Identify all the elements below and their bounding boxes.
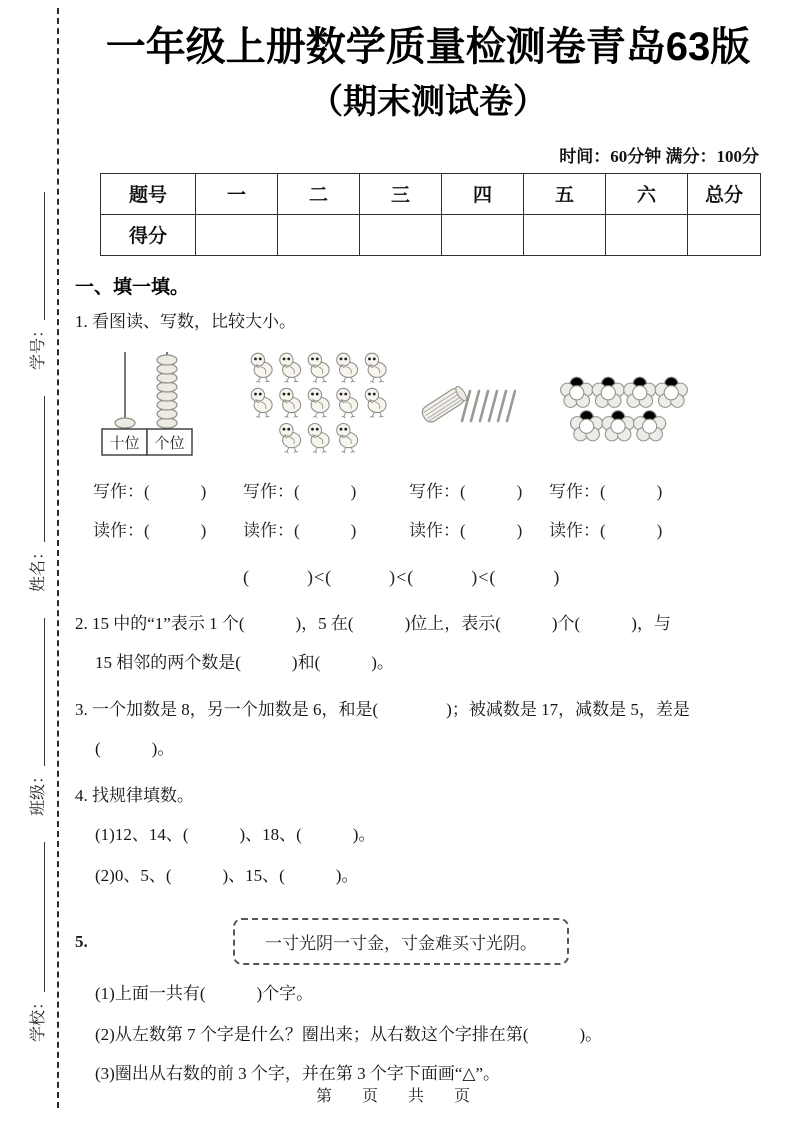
- question-2-line2: 15 相邻的两个数是( )和( )。: [75, 652, 781, 675]
- question-4-text: 4. 找规律填数。: [75, 785, 781, 808]
- abacus-image: 十位 个位: [98, 347, 194, 459]
- class-label: 班级：: [25, 768, 48, 816]
- binding-dashed-line: [57, 8, 59, 1108]
- score-header-total: 总分: [688, 173, 761, 214]
- student-number-blank-line: [44, 192, 45, 320]
- score-header-timu: 题号: [101, 173, 196, 214]
- score-table-score-row: 得分: [101, 214, 761, 255]
- exam-title: 一年级上册数学质量检测卷青岛63版: [75, 21, 781, 73]
- sidebar-field-class: 班级：: [25, 618, 48, 816]
- abacus-tens-label: 十位: [109, 435, 139, 452]
- score-header-6: 六: [606, 173, 688, 214]
- write-number-blank: 写作：( ): [93, 477, 243, 502]
- score-header-4: 四: [442, 173, 524, 214]
- question-5-number: 5.: [75, 932, 99, 952]
- read-number-blank: 读作：( ): [243, 516, 409, 541]
- school-blank-line: [44, 842, 45, 992]
- question-2-line1: 2. 15 中的“1”表示 1 个( )，5 在( )位上，表示( )个( )，…: [75, 613, 781, 636]
- school-label: 学校：: [25, 994, 48, 1042]
- score-table-header-row: 题号 一 二 三 四 五 六 总分: [101, 173, 761, 214]
- class-blank-line: [44, 618, 45, 766]
- score-row-label: 得分: [101, 214, 196, 255]
- score-cell: [606, 214, 688, 255]
- question-5-proverb-box: 一寸光阴一寸金，寸金难买寸光阴。: [233, 918, 569, 965]
- sidebar-field-name: 姓名：: [25, 396, 48, 592]
- question-3-line1: 3. 一个加数是 8，另一个加数是 6，和是( )；被减数是 17，减数是 5，…: [75, 699, 781, 722]
- write-number-blank: 写作：( ): [409, 477, 549, 502]
- exam-content: 一年级上册数学质量检测卷青岛63版 （期末测试卷） 时间：60分钟 满分：100…: [75, 15, 781, 1086]
- write-number-blank: 写作：( ): [243, 477, 409, 502]
- exam-subtitle: （期末测试卷）: [75, 81, 781, 124]
- chicks-image: [246, 347, 398, 461]
- compare-blanks: ( )<( )<( )<( ): [75, 563, 781, 589]
- question-4-sub1: (1)12、14、( )、18、( )。: [75, 824, 781, 847]
- score-cell: [688, 214, 761, 255]
- page-footer: 第 页 共 页: [0, 1083, 793, 1106]
- score-cell: [278, 214, 360, 255]
- sticks-image: [416, 375, 516, 437]
- sidebar-field-school: 学校：: [25, 842, 48, 1042]
- section-one-heading: 一、填一填。: [75, 272, 781, 299]
- question-3-line2: ( )。: [75, 738, 781, 761]
- read-number-blank: 读作：( ): [409, 516, 549, 541]
- question-1-text: 1. 看图读、写数，比较大小。: [75, 311, 781, 334]
- score-header-1: 一: [196, 173, 278, 214]
- read-number-blank: 读作：( ): [549, 516, 699, 541]
- score-header-3: 三: [360, 173, 442, 214]
- abacus-ones-label: 个位: [154, 435, 184, 452]
- question-5-sub1: (1)上面一共有( )个字。: [75, 983, 781, 1006]
- chick-group: [251, 354, 386, 454]
- score-header-2: 二: [278, 173, 360, 214]
- question-5-row: 5. 一寸光阴一寸金，寸金难买寸光阴。: [75, 918, 781, 965]
- score-cell: [442, 214, 524, 255]
- flower-group: [561, 378, 688, 442]
- loose-sticks: [462, 391, 515, 421]
- write-number-row: 写作：( ) 写作：( ) 写作：( ) 写作：( ): [75, 477, 781, 502]
- time-score-info: 时间：60分钟 满分：100分: [75, 142, 781, 167]
- exam-page: 学校： 班级： 姓名： 学号： 一年级上册数学质量检测卷青岛63版 （期末测试卷…: [0, 0, 793, 1122]
- score-cell: [360, 214, 442, 255]
- name-label: 姓名：: [25, 544, 48, 592]
- student-info-sidebar: 学校： 班级： 姓名： 学号：: [14, 77, 48, 1042]
- read-number-blank: 读作：( ): [93, 516, 243, 541]
- question-4-sub2: (2)0、5、( )、15、( )。: [75, 865, 781, 888]
- score-cell: [196, 214, 278, 255]
- score-header-5: 五: [524, 173, 606, 214]
- score-cell: [524, 214, 606, 255]
- name-blank-line: [44, 396, 45, 542]
- flowers-image: [558, 375, 690, 449]
- question-1-pictures: 十位 个位: [75, 347, 781, 461]
- sidebar-field-student-number: 学号：: [25, 192, 48, 370]
- score-table: 题号 一 二 三 四 五 六 总分 得分: [100, 173, 761, 256]
- write-number-blank: 写作：( ): [549, 477, 699, 502]
- read-number-row: 读作：( ) 读作：( ) 读作：( ) 读作：( ): [75, 516, 781, 541]
- question-5-sub2: (2)从左数第 7 个字是什么？圈出来；从右数这个字排在第( )。: [75, 1024, 781, 1047]
- student-number-label: 学号：: [25, 322, 48, 370]
